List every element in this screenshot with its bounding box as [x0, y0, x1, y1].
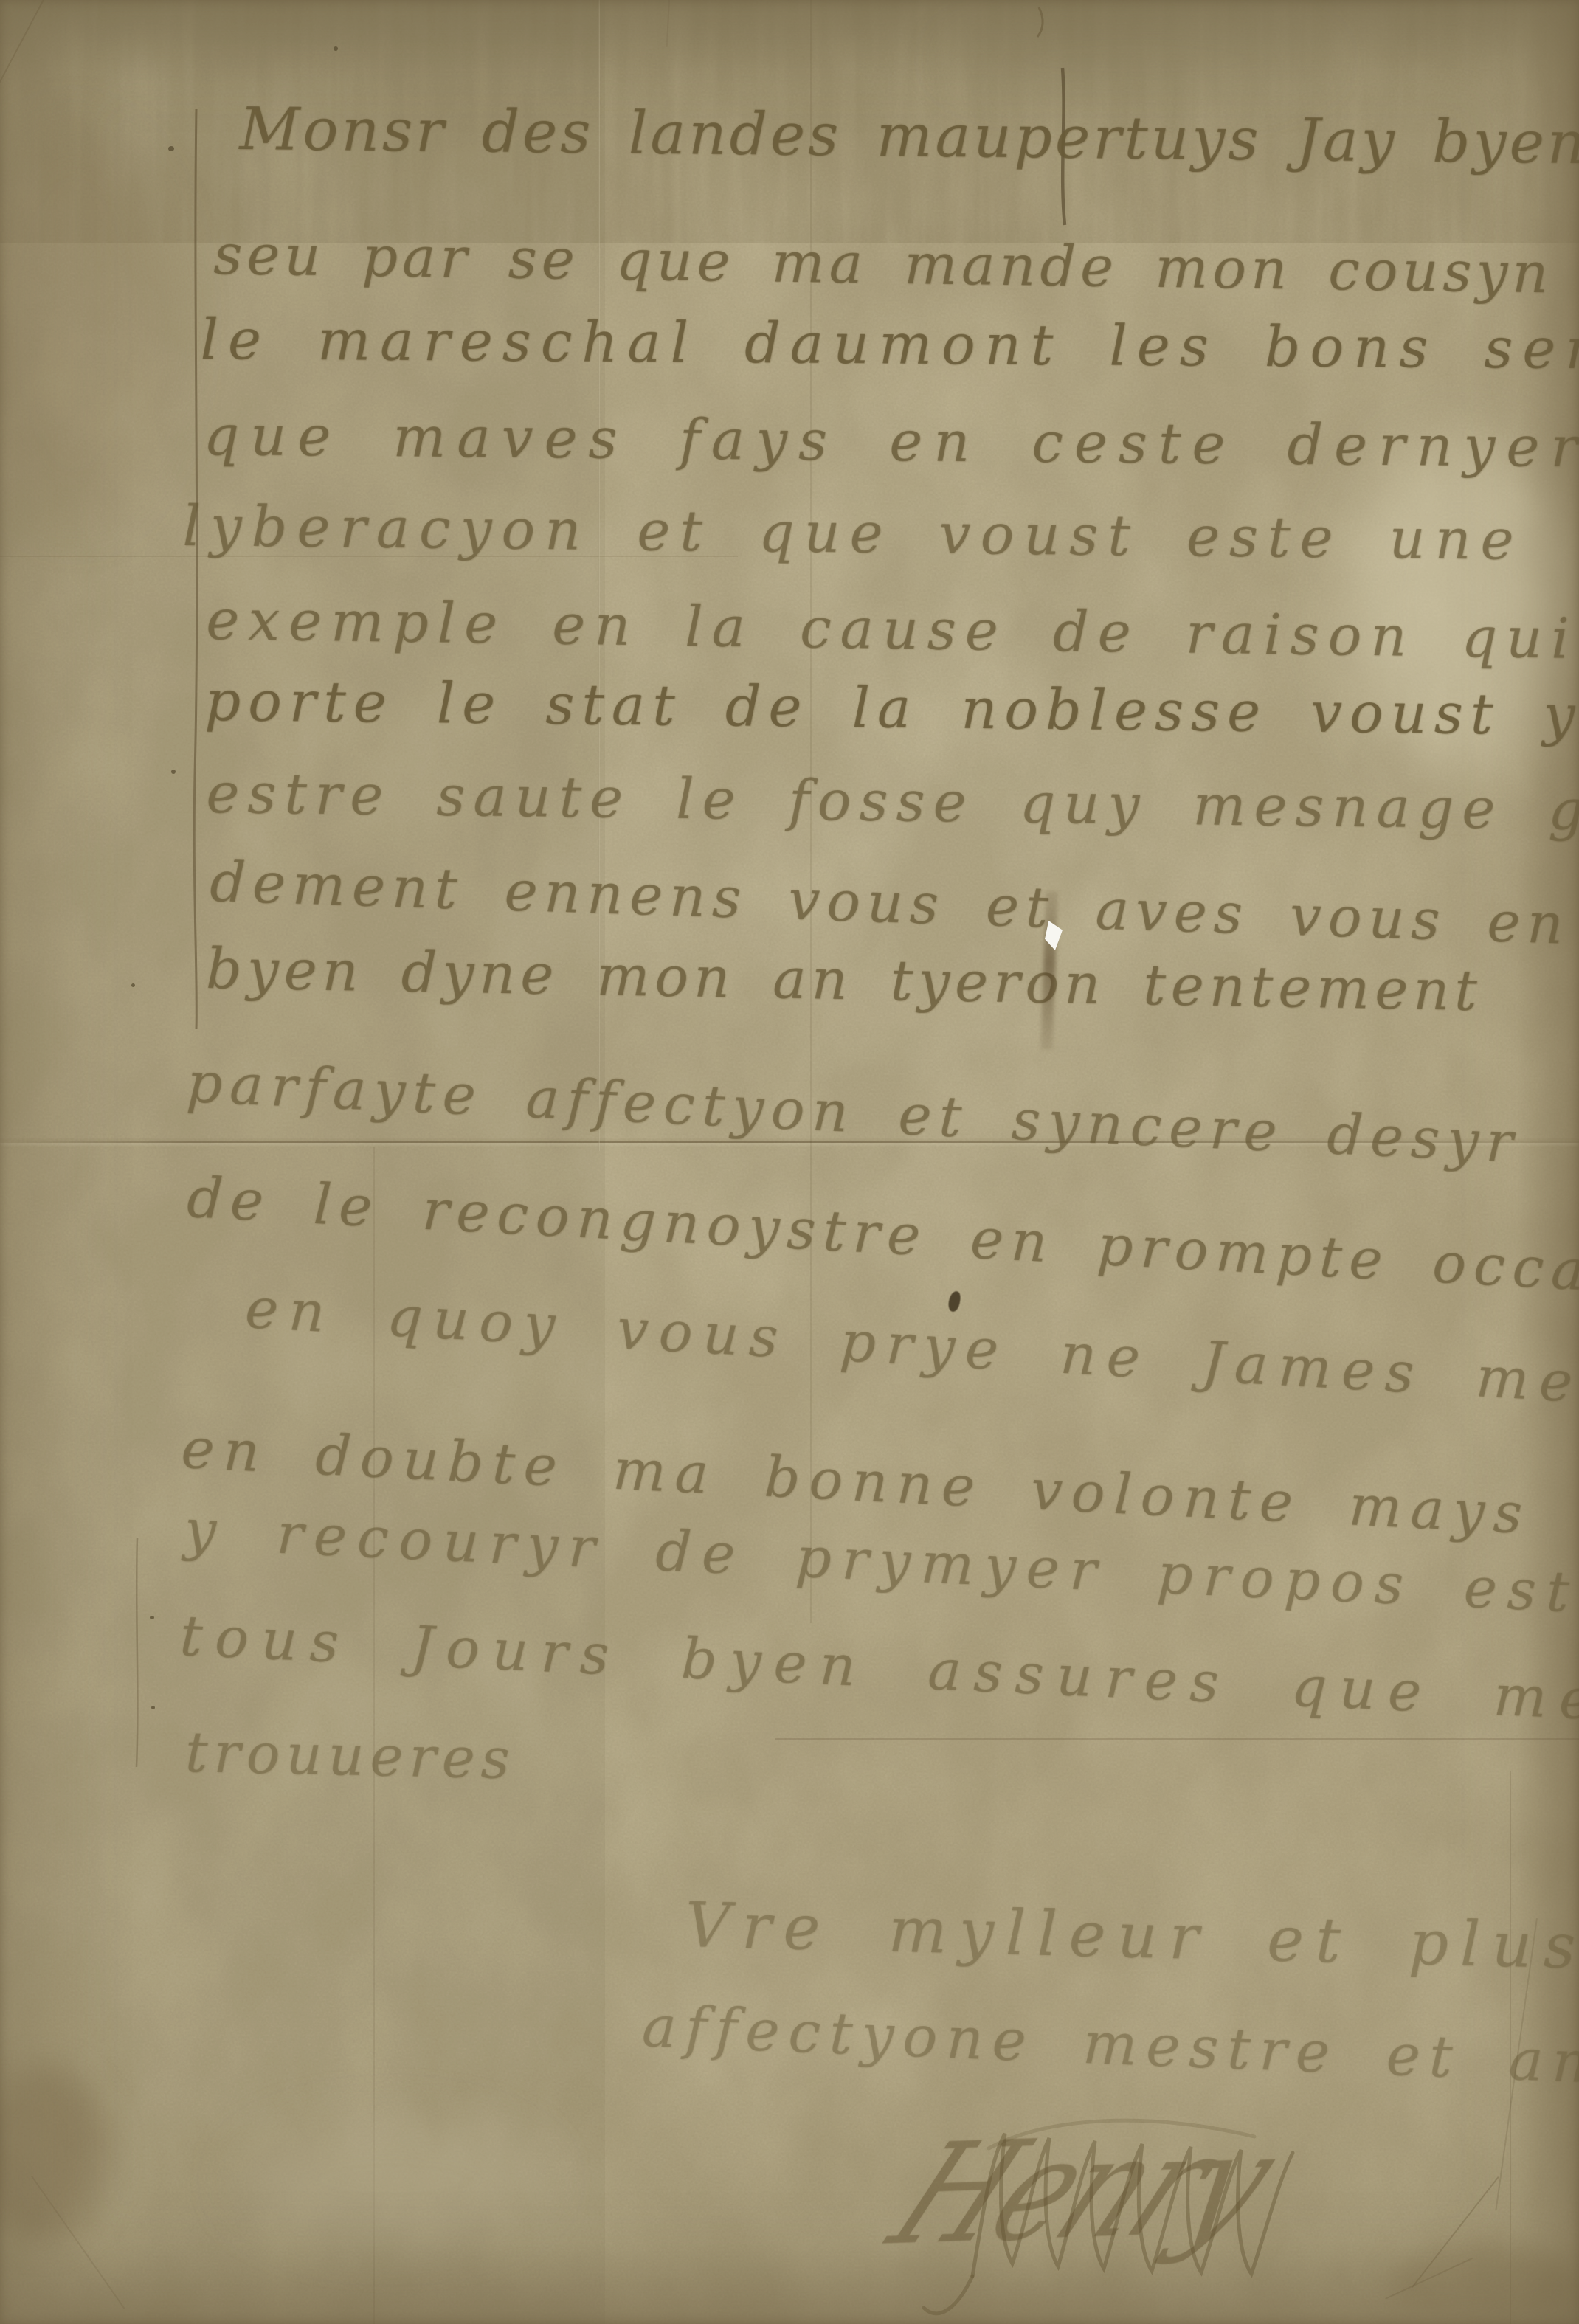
- manuscript-letter-page: Monsr des landes maupertuys Jay byen seu…: [0, 0, 1579, 2324]
- handwritten-line: trouueres: [184, 1719, 516, 1791]
- paper-crease: [0, 0, 47, 128]
- light-patch: [236, 2117, 546, 2243]
- ink-speck: [151, 1706, 155, 1709]
- ink-blot: [947, 1290, 961, 1313]
- paper-crease: [1412, 2176, 1499, 2288]
- paper-crease: [666, 0, 670, 47]
- paper-crease: [31, 2176, 125, 2309]
- top-edge-shadow: [0, 0, 1579, 85]
- stain: [0, 125, 177, 524]
- handwritten-line: en quoy vous prye ne James mettre: [243, 1275, 1579, 1423]
- bottom-edge-shadow: [0, 2243, 1579, 2324]
- signature: Henry: [867, 2102, 1299, 2277]
- handwritten-line: byen dyne mon an tyeron tentement: [205, 936, 1482, 1023]
- ink-speck: [168, 146, 174, 151]
- handwritten-line: que maves fays en ceste dernyere de: [203, 402, 1579, 482]
- ink-speck: [334, 46, 338, 51]
- ink-speck: [150, 1616, 154, 1619]
- ink-speck: [171, 770, 176, 774]
- stain: [0, 2066, 111, 2243]
- closing-line: affectyone mestre et amys: [641, 1993, 1579, 2100]
- handwritten-line: parfayte affectyon et syncere desyr: [185, 1049, 1521, 1175]
- handwritten-line: le mareschal daumont les bons servyses: [200, 306, 1579, 383]
- handwritten-line: exemple en la cause de raison quil ha: [206, 587, 1579, 674]
- margin-rule-line: [194, 109, 197, 1029]
- faint-horizontal-fold: [775, 1738, 1579, 1740]
- handwritten-line: lyberacyon et que voust este une: [182, 493, 1524, 573]
- closing-line: Vre mylleur et plus: [685, 1889, 1579, 1983]
- pen-mark-top: [1037, 7, 1043, 37]
- handwritten-line: tous Jours byen assures que me: [179, 1602, 1579, 1733]
- handwritten-line: Monsr des landes maupertuys Jay byen: [239, 94, 1579, 177]
- handwritten-line: estre saute le fosse quy mesnage grande: [206, 760, 1579, 845]
- handwritten-line: porte le stat de la noblesse voust yere: [204, 668, 1579, 749]
- margin-rule-line-lower: [137, 1538, 137, 1767]
- stain: [944, 7, 1328, 111]
- handwritten-line: seu par se que ma mande mon cousyn: [213, 221, 1553, 305]
- ink-speck: [131, 983, 135, 987]
